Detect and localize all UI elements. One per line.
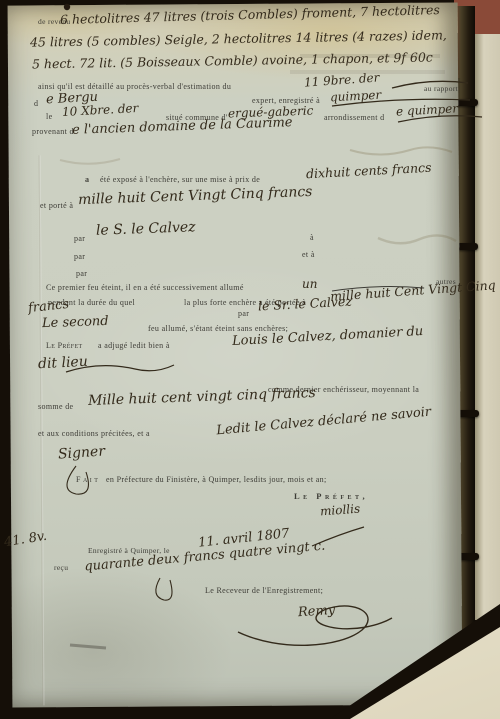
registration-date-hand: 10 Xbre. der (62, 102, 139, 118)
a-label-1: à (310, 234, 314, 242)
signer-hand: Signer (58, 444, 106, 461)
conditions-printed: et aux conditions précitées, et a (38, 430, 150, 438)
par-label-3: par (76, 270, 87, 278)
dit-lieu-hand: dit lieu (38, 355, 88, 372)
provenance-label: provenant d (32, 128, 74, 136)
exposure-printed: été exposé à l'enchère, sur une mise à p… (100, 176, 260, 184)
adjuge-printed: a adjugé ledit bien à (98, 342, 170, 350)
par-label-4: par (238, 310, 249, 318)
recu-label: reçu (54, 564, 68, 572)
first-fire-printed: Ce premier feu éteint, il en a été succe… (46, 284, 244, 292)
receveur-label: Le Receveur de l'Enregistrement; (205, 587, 323, 595)
scanned-document-photo: de revenu 6 hectolitres 47 litres (trois… (0, 0, 500, 719)
fires-count-hand: un (302, 278, 317, 290)
receveur-signature: Remy (298, 604, 336, 620)
expert-registered-place-hand: quimper (330, 89, 382, 104)
par-label-2: par (74, 253, 85, 261)
estimation-printed: ainsi qu'il est détaillé au procès-verba… (38, 83, 231, 91)
prefect-signature: miollis (320, 503, 361, 518)
page-fore-edge (473, 34, 500, 620)
le-prefet-label: Le Préfet, (294, 492, 368, 501)
sum-label: somme de (38, 403, 73, 411)
expert-printed-d: d (34, 100, 38, 108)
raised-to-label: et porté à (40, 202, 73, 210)
par-label-1: par (74, 235, 85, 243)
fait-printed: en Préfecture du Finistère, à Quimper, l… (106, 476, 327, 484)
et-a-label: et à (302, 251, 315, 259)
date-le-label: le (46, 113, 52, 121)
arrondissement-label: arrondissement d (324, 114, 384, 122)
arrondissement-name-hand: e quimper (396, 102, 459, 117)
bidder-name-hand: le S. le Calvez (96, 220, 196, 237)
second-fire-hand: Le second (42, 315, 109, 330)
au-rapport-label: au rapport (424, 85, 458, 93)
exposure-a-label: a (85, 176, 89, 184)
prefet-adjuge-label: Le Préfet (46, 342, 83, 350)
fait-label: Fait (76, 476, 100, 484)
